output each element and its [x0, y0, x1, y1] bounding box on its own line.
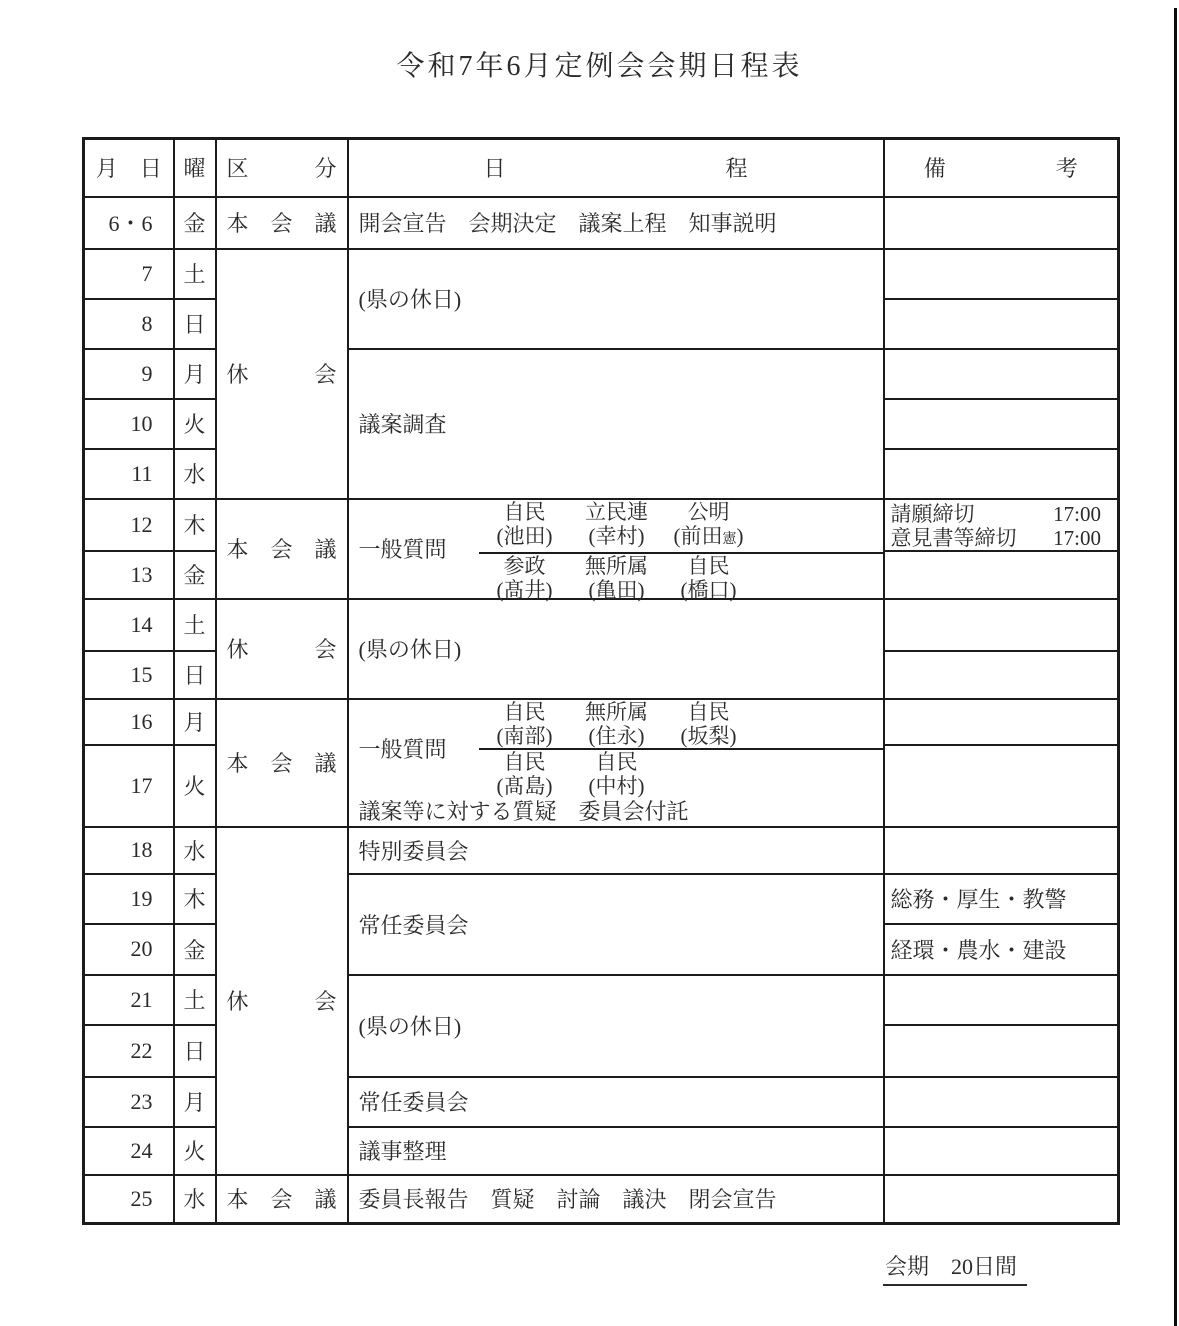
speaker-row: 自民 (池田) 立民連 (幸村) 公明 (前田憲): [479, 500, 883, 554]
weekday-cell: 水: [174, 827, 216, 874]
date-cell: 24: [84, 1127, 174, 1175]
remarks-cell: [884, 651, 1119, 699]
party-label: 公明: [663, 500, 755, 524]
remarks-cell: [884, 299, 1119, 349]
date-cell: 9: [84, 349, 174, 399]
party-label: 自民: [663, 554, 755, 578]
weekday-cell: 金: [174, 924, 216, 975]
member-name: (南部): [479, 724, 571, 748]
schedule-cell: 開会宣告 会期決定 議案上程 知事説明: [348, 197, 884, 249]
weekday-cell: 火: [174, 399, 216, 449]
weekday-cell: 金: [174, 551, 216, 599]
header-row: 月 日 曜 区 分 日 程 備 考: [84, 139, 1119, 197]
weekday-cell: 木: [174, 874, 216, 924]
category-cell: 本 会 議: [216, 1175, 348, 1224]
member-name: (髙島): [479, 774, 571, 798]
date-cell: 23: [84, 1077, 174, 1127]
weekday-cell: 火: [174, 745, 216, 827]
table-row: 6・6 金 本 会 議 開会宣告 会期決定 議案上程 知事説明: [84, 197, 1119, 249]
remarks-cell: [884, 975, 1119, 1025]
date-cell: 21: [84, 975, 174, 1025]
schedule-cell: 常任委員会: [348, 874, 884, 975]
category-cell: 休 会: [216, 827, 348, 1175]
deadline-line: 請願締切 17:00: [891, 502, 1102, 526]
schedule-cell: 委員長報告 質疑 討論 議決 閉会宣告: [348, 1175, 884, 1224]
speaker-row: 参政 (髙井) 無所属 (亀田) 自民 (橋口): [479, 554, 883, 602]
page-title: 令和7年6月定例会会期日程表: [82, 44, 1117, 84]
category-cell: 本 会 議: [216, 197, 348, 249]
schedule-cell: 常任委員会: [348, 1077, 884, 1127]
remarks-cell: [884, 249, 1119, 299]
scan-edge-artifact: [1174, 8, 1177, 1326]
remarks-cell: [884, 197, 1119, 249]
speaker-entry: 参政 (髙井): [479, 554, 571, 602]
weekday-cell: 土: [174, 599, 216, 651]
member-name: (坂梨): [663, 724, 755, 748]
schedule-table: 月 日 曜 区 分 日 程 備 考 6・6 金 本 会 議 開会宣告 会期決定 …: [82, 137, 1120, 1225]
weekday-cell: 火: [174, 1127, 216, 1175]
date-cell: 15: [84, 651, 174, 699]
remarks-cell: [884, 1175, 1119, 1224]
header-category: 区 分: [216, 139, 348, 197]
table-row: 12 木 本 会 議 一般質問 自民 (池田) 立民連 (幸村): [84, 499, 1119, 551]
speaker-entry: 無所属 (亀田): [571, 554, 663, 602]
weekday-cell: 日: [174, 299, 216, 349]
remarks-cell: [884, 551, 1119, 599]
header-date: 月 日: [84, 139, 174, 197]
deadline-label: 請願締切: [891, 502, 975, 526]
schedule-cell-general-questions: 一般質問 自民 (池田) 立民連 (幸村) 公明 (前田憲): [348, 499, 884, 599]
party-label: 自民: [479, 700, 571, 724]
header-remarks: 備 考: [884, 139, 1119, 197]
member-name: (髙井): [479, 578, 571, 602]
date-cell: 16: [84, 699, 174, 745]
session-length-note: 会期 20日間: [883, 1250, 1027, 1286]
schedule-cell: (県の休日): [348, 975, 884, 1077]
party-label: 自民: [479, 750, 571, 774]
remarks-cell: [884, 699, 1119, 745]
remarks-cell: 経環・農水・建設: [884, 924, 1119, 975]
deadline-time: 17:00: [1053, 502, 1101, 526]
remarks-cell: [884, 827, 1119, 874]
header-weekday: 曜: [174, 139, 216, 197]
schedule-cell: 議案調査: [348, 349, 884, 499]
member-name: (亀田): [571, 578, 663, 602]
weekday-cell: 金: [174, 197, 216, 249]
speaker-entry: 無所属 (住永): [571, 700, 663, 748]
date-cell: 6・6: [84, 197, 174, 249]
date-cell: 20: [84, 924, 174, 975]
member-name: (池田): [479, 524, 571, 552]
date-cell: 13: [84, 551, 174, 599]
date-cell: 12: [84, 499, 174, 551]
remarks-cell: [884, 1127, 1119, 1175]
weekday-cell: 土: [174, 249, 216, 299]
weekday-cell: 月: [174, 1077, 216, 1127]
deadline-time: 17:00: [1053, 526, 1101, 550]
date-cell: 18: [84, 827, 174, 874]
party-label: 立民連: [571, 500, 663, 524]
speaker-row: 自民 (髙島) 自民 (中村): [479, 750, 883, 798]
deadline-line: 意見書等締切 17:00: [891, 526, 1102, 550]
category-cell: 休 会: [216, 599, 348, 699]
deadline-label: 意見書等締切: [891, 526, 1017, 550]
schedule-cell-general-questions: 一般質問 自民 (南部) 無所属 (住永): [348, 699, 884, 827]
category-cell: 休 会: [216, 249, 348, 499]
weekday-cell: 水: [174, 449, 216, 499]
remarks-cell: 総務・厚生・教警: [884, 874, 1119, 924]
table-row: 7 土 休 会 (県の休日): [84, 249, 1119, 299]
member-name: (住永): [571, 724, 663, 748]
table-row: 14 土 休 会 (県の休日): [84, 599, 1119, 651]
weekday-cell: 水: [174, 1175, 216, 1224]
date-cell: 8: [84, 299, 174, 349]
speaker-entry: 自民 (橋口): [663, 554, 755, 602]
remarks-cell: [884, 349, 1119, 399]
party-label: 自民: [663, 700, 755, 724]
date-cell: 17: [84, 745, 174, 827]
date-cell: 19: [84, 874, 174, 924]
questions-referral-note: 議案等に対する質疑 委員会付託: [349, 798, 883, 826]
category-cell: 本 会 議: [216, 499, 348, 599]
weekday-cell: 土: [174, 975, 216, 1025]
remarks-cell: [884, 1077, 1119, 1127]
remarks-cell: [884, 449, 1119, 499]
date-cell: 14: [84, 599, 174, 651]
schedule-cell: (県の休日): [348, 249, 884, 349]
general-questions-label: 一般質問: [349, 500, 479, 598]
speaker-entry: 自民 (中村): [571, 750, 663, 798]
remarks-cell: [884, 399, 1119, 449]
speaker-entry: 立民連 (幸村): [571, 500, 663, 552]
date-cell: 10: [84, 399, 174, 449]
speaker-entry: 自民 (池田): [479, 500, 571, 552]
party-label: 自民: [479, 500, 571, 524]
speaker-row: 自民 (南部) 無所属 (住永) 自民 (坂梨): [479, 700, 883, 750]
date-cell: 25: [84, 1175, 174, 1224]
date-cell: 7: [84, 249, 174, 299]
remarks-cell: [884, 745, 1119, 827]
party-label: 自民: [571, 750, 663, 774]
party-label: 参政: [479, 554, 571, 578]
member-name: (幸村): [571, 524, 663, 552]
party-label: 無所属: [571, 554, 663, 578]
weekday-cell: 日: [174, 1025, 216, 1077]
member-name: (前田憲): [663, 524, 755, 552]
member-name: (橋口): [663, 578, 755, 602]
weekday-cell: 木: [174, 499, 216, 551]
weekday-cell: 日: [174, 651, 216, 699]
speaker-entry: 自民 (坂梨): [663, 700, 755, 748]
table-row: 25 水 本 会 議 委員長報告 質疑 討論 議決 閉会宣告: [84, 1175, 1119, 1224]
remarks-cell-deadlines: 請願締切 17:00 意見書等締切 17:00: [884, 499, 1119, 551]
schedule-cell: (県の休日): [348, 599, 884, 699]
schedule-cell: 議事整理: [348, 1127, 884, 1175]
category-cell: 本 会 議: [216, 699, 348, 827]
member-name: (中村): [571, 774, 663, 798]
header-schedule: 日 程: [348, 139, 884, 197]
date-cell: 11: [84, 449, 174, 499]
speaker-entry: 自民 (南部): [479, 700, 571, 748]
party-label: 無所属: [571, 700, 663, 724]
table-row: 16 月 本 会 議 一般質問 自民 (南部) 無所属: [84, 699, 1119, 745]
remarks-cell: [884, 599, 1119, 651]
general-questions-label: 一般質問: [349, 700, 479, 798]
weekday-cell: 月: [174, 699, 216, 745]
weekday-cell: 月: [174, 349, 216, 399]
schedule-cell: 特別委員会: [348, 827, 884, 874]
remarks-cell: [884, 1025, 1119, 1077]
speaker-entry: 公明 (前田憲): [663, 500, 755, 552]
speaker-entry: 自民 (髙島): [479, 750, 571, 798]
date-cell: 22: [84, 1025, 174, 1077]
table-row: 18 水 休 会 特別委員会: [84, 827, 1119, 874]
